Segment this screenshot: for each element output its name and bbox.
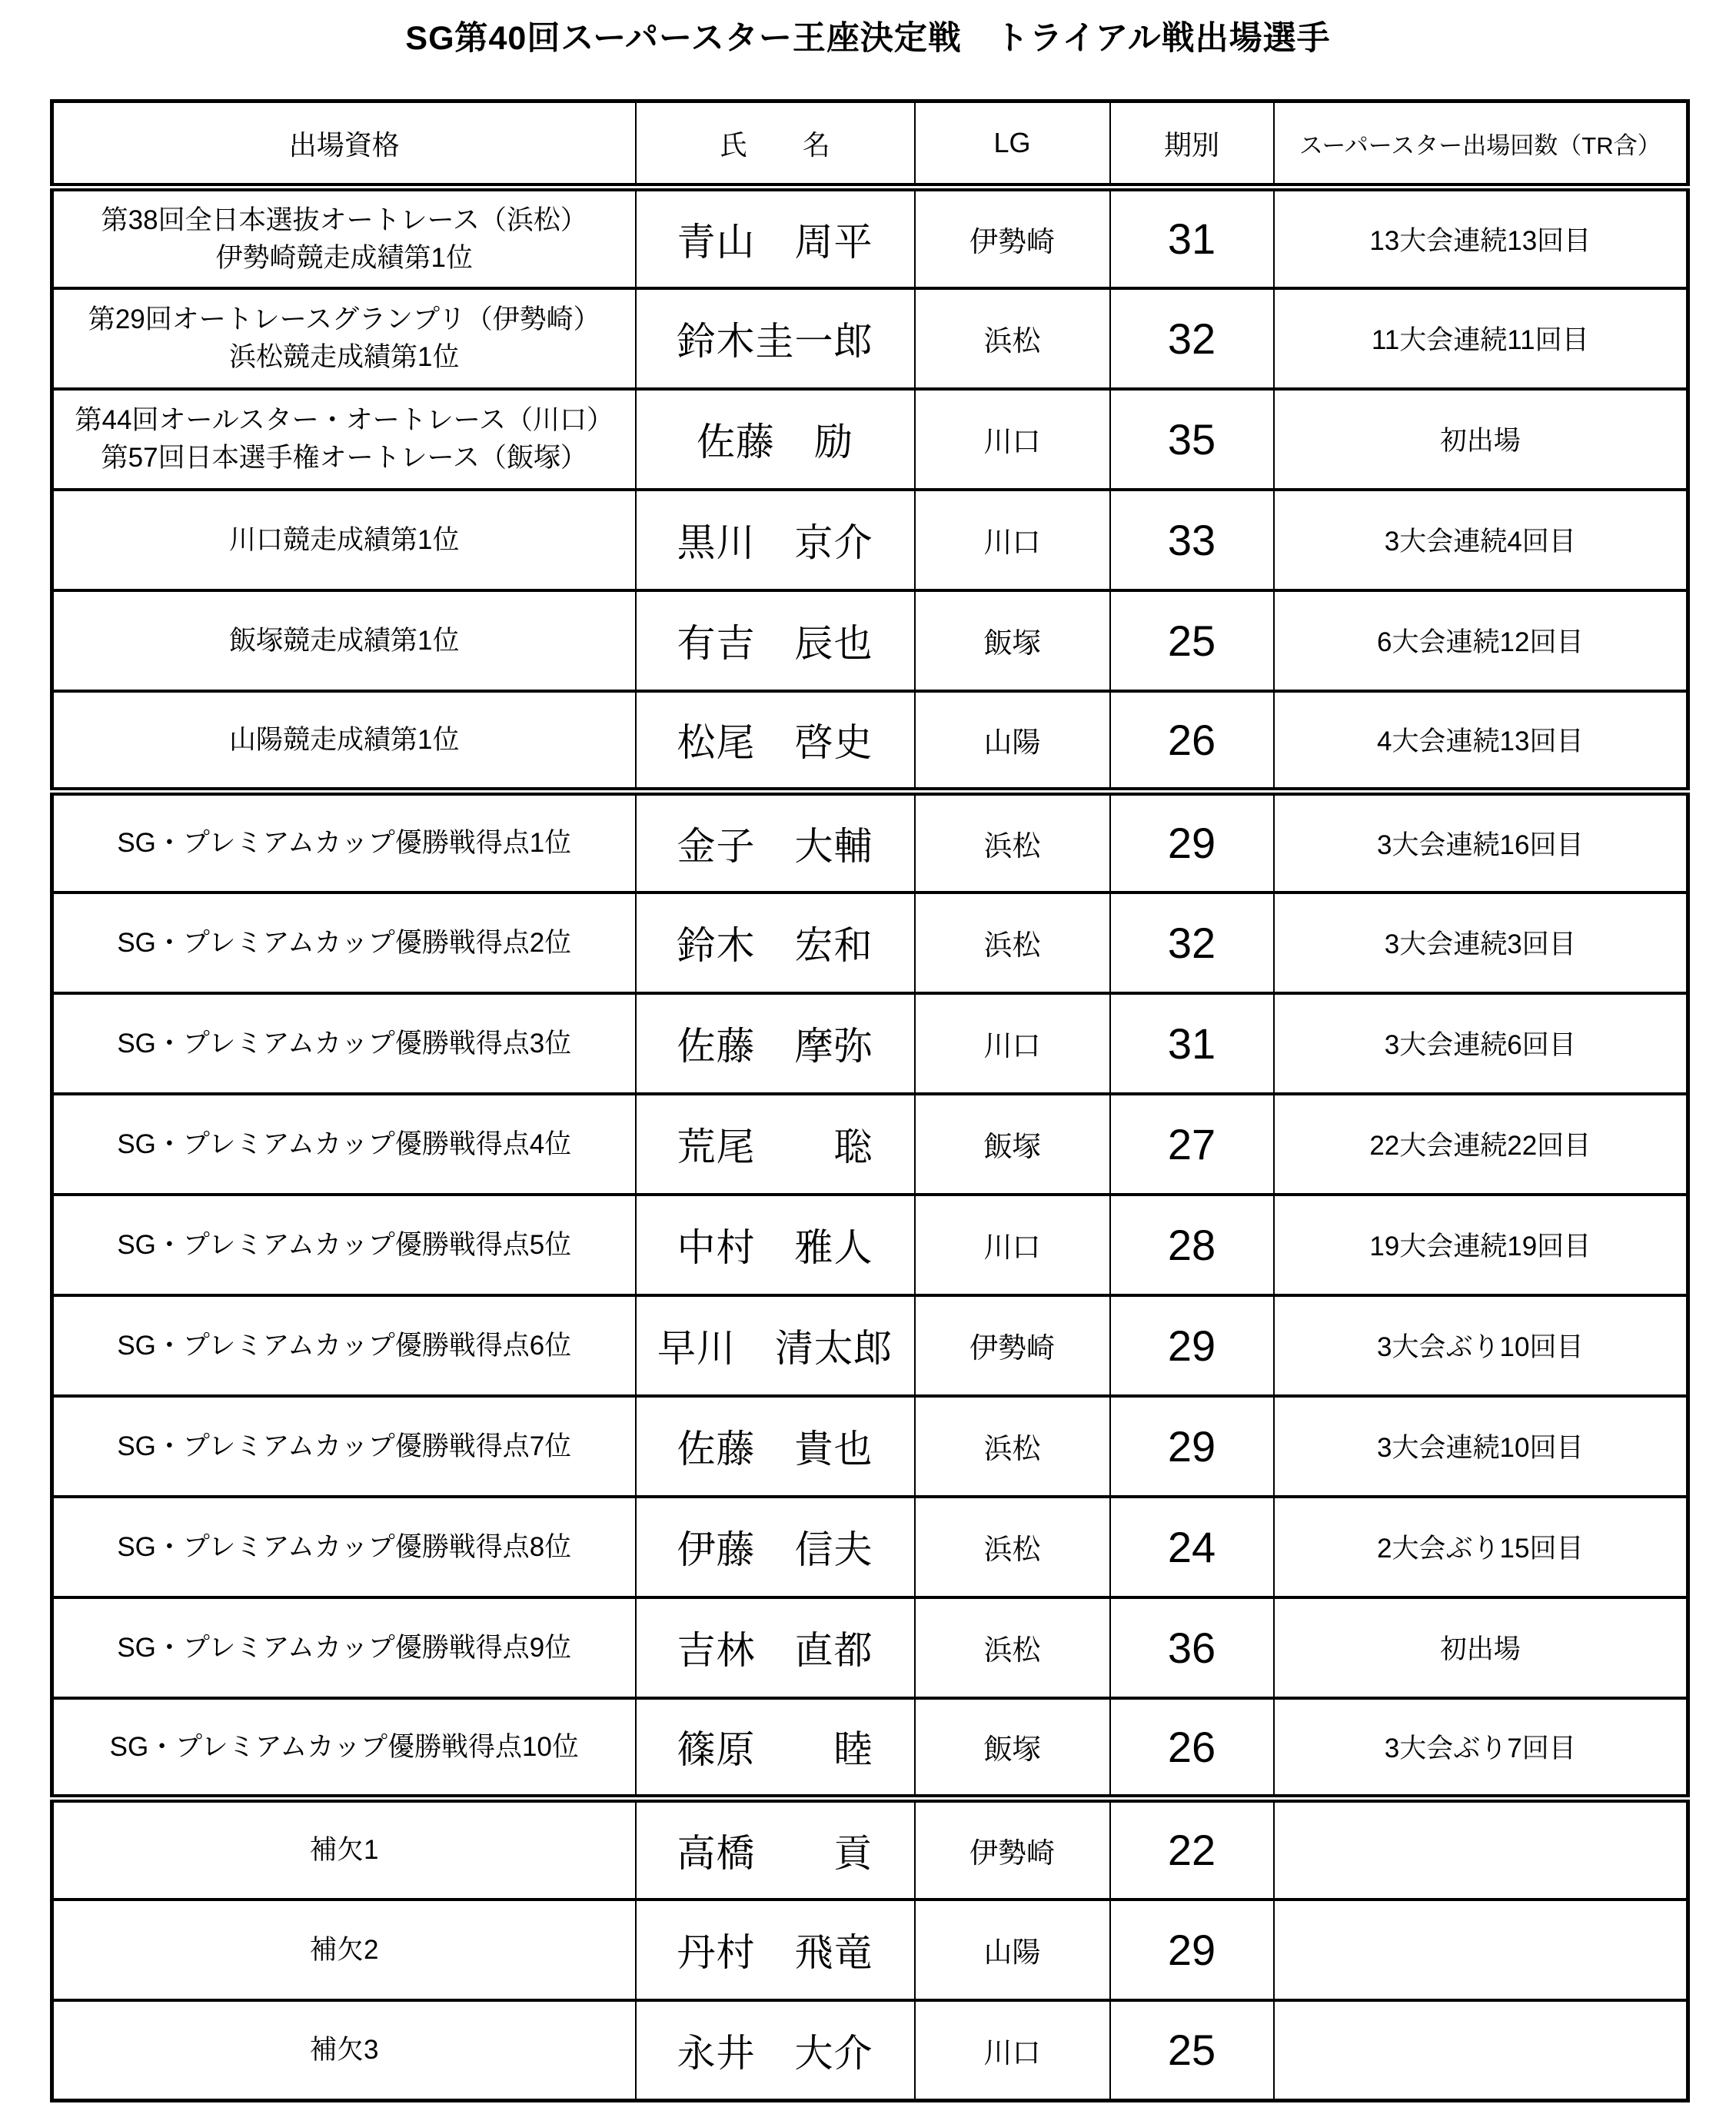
appearances-cell: 3大会ぶり7回目 bbox=[1274, 1698, 1688, 1799]
term-cell: 25 bbox=[1110, 2000, 1274, 2101]
col-header-lg: LG bbox=[915, 101, 1110, 188]
term-cell: 24 bbox=[1110, 1497, 1274, 1597]
qualification-cell: SG・プレミアムカップ優勝戦得点2位 bbox=[52, 892, 636, 993]
name-cell: 荒尾 聡 bbox=[636, 1094, 915, 1195]
lg-cell: 浜松 bbox=[915, 1497, 1110, 1597]
qualification-cell: SG・プレミアムカップ優勝戦得点10位 bbox=[52, 1698, 636, 1799]
lg-cell: 浜松 bbox=[915, 792, 1110, 892]
appearances-cell: 19大会連続19回目 bbox=[1274, 1195, 1688, 1295]
term-cell: 31 bbox=[1110, 993, 1274, 1094]
term-cell: 32 bbox=[1110, 288, 1274, 389]
col-header-qualification: 出場資格 bbox=[52, 101, 636, 188]
term-cell: 31 bbox=[1110, 188, 1274, 288]
term-cell: 26 bbox=[1110, 1698, 1274, 1799]
table-row: 山陽競走成績第1位 松尾 啓史 山陽 26 4大会連続13回目 bbox=[52, 691, 1688, 792]
qualification-cell: SG・プレミアムカップ優勝戦得点4位 bbox=[52, 1094, 636, 1195]
appearances-cell: 3大会連続10回目 bbox=[1274, 1396, 1688, 1497]
table-row: SG・プレミアムカップ優勝戦得点6位 早川 清太郎 伊勢崎 29 3大会ぶり10… bbox=[52, 1295, 1688, 1396]
term-cell: 35 bbox=[1110, 389, 1274, 490]
term-cell: 36 bbox=[1110, 1597, 1274, 1698]
lg-cell: 浜松 bbox=[915, 288, 1110, 389]
table-row: SG・プレミアムカップ優勝戦得点10位 篠原 睦 飯塚 26 3大会ぶり7回目 bbox=[52, 1698, 1688, 1799]
appearances-cell: 2大会ぶり15回目 bbox=[1274, 1497, 1688, 1597]
appearances-cell: 3大会連続6回目 bbox=[1274, 993, 1688, 1094]
term-cell: 29 bbox=[1110, 1396, 1274, 1497]
table-row: SG・プレミアムカップ優勝戦得点4位 荒尾 聡 飯塚 27 22大会連続22回目 bbox=[52, 1094, 1688, 1195]
qualification-cell: SG・プレミアムカップ優勝戦得点9位 bbox=[52, 1597, 636, 1698]
qualification-cell: SG・プレミアムカップ優勝戦得点6位 bbox=[52, 1295, 636, 1396]
term-cell: 33 bbox=[1110, 490, 1274, 590]
appearances-cell: 初出場 bbox=[1274, 1597, 1688, 1698]
qualification-cell: 川口競走成績第1位 bbox=[52, 490, 636, 590]
name-cell: 伊藤 信夫 bbox=[636, 1497, 915, 1597]
header-row: 出場資格 氏 名 LG 期別 スーパースター出場回数（TR含） bbox=[52, 101, 1688, 188]
appearances-cell: 3大会連続3回目 bbox=[1274, 892, 1688, 993]
lg-cell: 川口 bbox=[915, 490, 1110, 590]
qualification-cell: SG・プレミアムカップ優勝戦得点5位 bbox=[52, 1195, 636, 1295]
appearances-cell bbox=[1274, 2000, 1688, 2101]
name-cell: 鈴木 宏和 bbox=[636, 892, 915, 993]
name-cell: 金子 大輔 bbox=[636, 792, 915, 892]
qualification-cell: 第38回全日本選抜オートレース（浜松） 伊勢崎競走成績第1位 bbox=[52, 188, 636, 288]
lg-cell: 伊勢崎 bbox=[915, 1295, 1110, 1396]
name-cell: 丹村 飛竜 bbox=[636, 1900, 915, 2000]
appearances-cell: 22大会連続22回目 bbox=[1274, 1094, 1688, 1195]
qualification-cell: SG・プレミアムカップ優勝戦得点3位 bbox=[52, 993, 636, 1094]
name-cell: 吉林 直都 bbox=[636, 1597, 915, 1698]
qualification-cell: SG・プレミアムカップ優勝戦得点7位 bbox=[52, 1396, 636, 1497]
lg-cell: 浜松 bbox=[915, 1597, 1110, 1698]
qualification-cell: SG・プレミアムカップ優勝戦得点1位 bbox=[52, 792, 636, 892]
table-row: SG・プレミアムカップ優勝戦得点2位 鈴木 宏和 浜松 32 3大会連続3回目 bbox=[52, 892, 1688, 993]
table-row: SG・プレミアムカップ優勝戦得点3位 佐藤 摩弥 川口 31 3大会連続6回目 bbox=[52, 993, 1688, 1094]
qualification-cell: 補欠1 bbox=[52, 1799, 636, 1900]
term-cell: 29 bbox=[1110, 1295, 1274, 1396]
table-row: 補欠2 丹村 飛竜 山陽 29 bbox=[52, 1900, 1688, 2000]
appearances-cell: 3大会連続16回目 bbox=[1274, 792, 1688, 892]
lg-cell: 浜松 bbox=[915, 892, 1110, 993]
lg-cell: 川口 bbox=[915, 389, 1110, 490]
name-cell: 永井 大介 bbox=[636, 2000, 915, 2101]
qualification-cell: 補欠3 bbox=[52, 2000, 636, 2101]
qualification-cell: 第44回オールスター・オートレース（川口） 第57回日本選手権オートレース（飯塚… bbox=[52, 389, 636, 490]
qualification-cell: 補欠2 bbox=[52, 1900, 636, 2000]
name-cell: 佐藤 摩弥 bbox=[636, 993, 915, 1094]
term-cell: 26 bbox=[1110, 691, 1274, 792]
lg-cell: 伊勢崎 bbox=[915, 188, 1110, 288]
appearances-cell: 初出場 bbox=[1274, 389, 1688, 490]
term-cell: 32 bbox=[1110, 892, 1274, 993]
table-row: SG・プレミアムカップ優勝戦得点1位 金子 大輔 浜松 29 3大会連続16回目 bbox=[52, 792, 1688, 892]
term-cell: 22 bbox=[1110, 1799, 1274, 1900]
table-row: 補欠1 高橋 貢 伊勢崎 22 bbox=[52, 1799, 1688, 1900]
lg-cell: 山陽 bbox=[915, 691, 1110, 792]
lg-cell: 川口 bbox=[915, 2000, 1110, 2101]
name-cell: 高橋 貢 bbox=[636, 1799, 915, 1900]
table-row: 第29回オートレースグランプリ（伊勢崎） 浜松競走成績第1位 鈴木圭一郎 浜松 … bbox=[52, 288, 1688, 389]
name-cell: 鈴木圭一郎 bbox=[636, 288, 915, 389]
name-cell: 松尾 啓史 bbox=[636, 691, 915, 792]
appearances-cell bbox=[1274, 1900, 1688, 2000]
table-row: 川口競走成績第1位 黒川 京介 川口 33 3大会連続4回目 bbox=[52, 490, 1688, 590]
lg-cell: 浜松 bbox=[915, 1396, 1110, 1497]
appearances-cell: 11大会連続11回目 bbox=[1274, 288, 1688, 389]
name-cell: 佐藤 励 bbox=[636, 389, 915, 490]
appearances-cell: 13大会連続13回目 bbox=[1274, 188, 1688, 288]
appearances-cell: 3大会連続4回目 bbox=[1274, 490, 1688, 590]
table-row: SG・プレミアムカップ優勝戦得点9位 吉林 直都 浜松 36 初出場 bbox=[52, 1597, 1688, 1698]
lg-cell: 飯塚 bbox=[915, 590, 1110, 691]
name-cell: 有吉 辰也 bbox=[636, 590, 915, 691]
col-header-name: 氏 名 bbox=[636, 101, 915, 188]
term-cell: 29 bbox=[1110, 792, 1274, 892]
appearances-cell: 4大会連続13回目 bbox=[1274, 691, 1688, 792]
qualification-cell: 山陽競走成績第1位 bbox=[52, 691, 636, 792]
term-cell: 28 bbox=[1110, 1195, 1274, 1295]
qualification-cell: SG・プレミアムカップ優勝戦得点8位 bbox=[52, 1497, 636, 1597]
lg-cell: 飯塚 bbox=[915, 1698, 1110, 1799]
table-row: SG・プレミアムカップ優勝戦得点5位 中村 雅人 川口 28 19大会連続19回… bbox=[52, 1195, 1688, 1295]
name-cell: 青山 周平 bbox=[636, 188, 915, 288]
lg-cell: 川口 bbox=[915, 993, 1110, 1094]
qualification-cell: 第29回オートレースグランプリ（伊勢崎） 浜松競走成績第1位 bbox=[52, 288, 636, 389]
appearances-cell: 6大会連続12回目 bbox=[1274, 590, 1688, 691]
name-cell: 篠原 睦 bbox=[636, 1698, 915, 1799]
table-row: 補欠3 永井 大介 川口 25 bbox=[52, 2000, 1688, 2101]
term-cell: 27 bbox=[1110, 1094, 1274, 1195]
col-header-appearances: スーパースター出場回数（TR含） bbox=[1274, 101, 1688, 188]
qualification-cell: 飯塚競走成績第1位 bbox=[52, 590, 636, 691]
table-row: 第44回オールスター・オートレース（川口） 第57回日本選手権オートレース（飯塚… bbox=[52, 389, 1688, 490]
name-cell: 黒川 京介 bbox=[636, 490, 915, 590]
lg-cell: 飯塚 bbox=[915, 1094, 1110, 1195]
name-cell: 佐藤 貴也 bbox=[636, 1396, 915, 1497]
appearances-cell bbox=[1274, 1799, 1688, 1900]
table-row: SG・プレミアムカップ優勝戦得点8位 伊藤 信夫 浜松 24 2大会ぶり15回目 bbox=[52, 1497, 1688, 1597]
lg-cell: 川口 bbox=[915, 1195, 1110, 1295]
appearances-cell: 3大会ぶり10回目 bbox=[1274, 1295, 1688, 1396]
term-cell: 25 bbox=[1110, 590, 1274, 691]
table-row: 飯塚競走成績第1位 有吉 辰也 飯塚 25 6大会連続12回目 bbox=[52, 590, 1688, 691]
term-cell: 29 bbox=[1110, 1900, 1274, 2000]
page-title: SG第40回スーパースター王座決定戦 トライアル戦出場選手 bbox=[0, 0, 1736, 59]
lg-cell: 山陽 bbox=[915, 1900, 1110, 2000]
name-cell: 早川 清太郎 bbox=[636, 1295, 915, 1396]
table-row: SG・プレミアムカップ優勝戦得点7位 佐藤 貴也 浜松 29 3大会連続10回目 bbox=[52, 1396, 1688, 1497]
lg-cell: 伊勢崎 bbox=[915, 1799, 1110, 1900]
table-row: 第38回全日本選抜オートレース（浜松） 伊勢崎競走成績第1位 青山 周平 伊勢崎… bbox=[52, 188, 1688, 288]
name-cell: 中村 雅人 bbox=[636, 1195, 915, 1295]
col-header-term: 期別 bbox=[1110, 101, 1274, 188]
participants-table: 出場資格 氏 名 LG 期別 スーパースター出場回数（TR含） 第38回全日本選… bbox=[50, 99, 1690, 2102]
